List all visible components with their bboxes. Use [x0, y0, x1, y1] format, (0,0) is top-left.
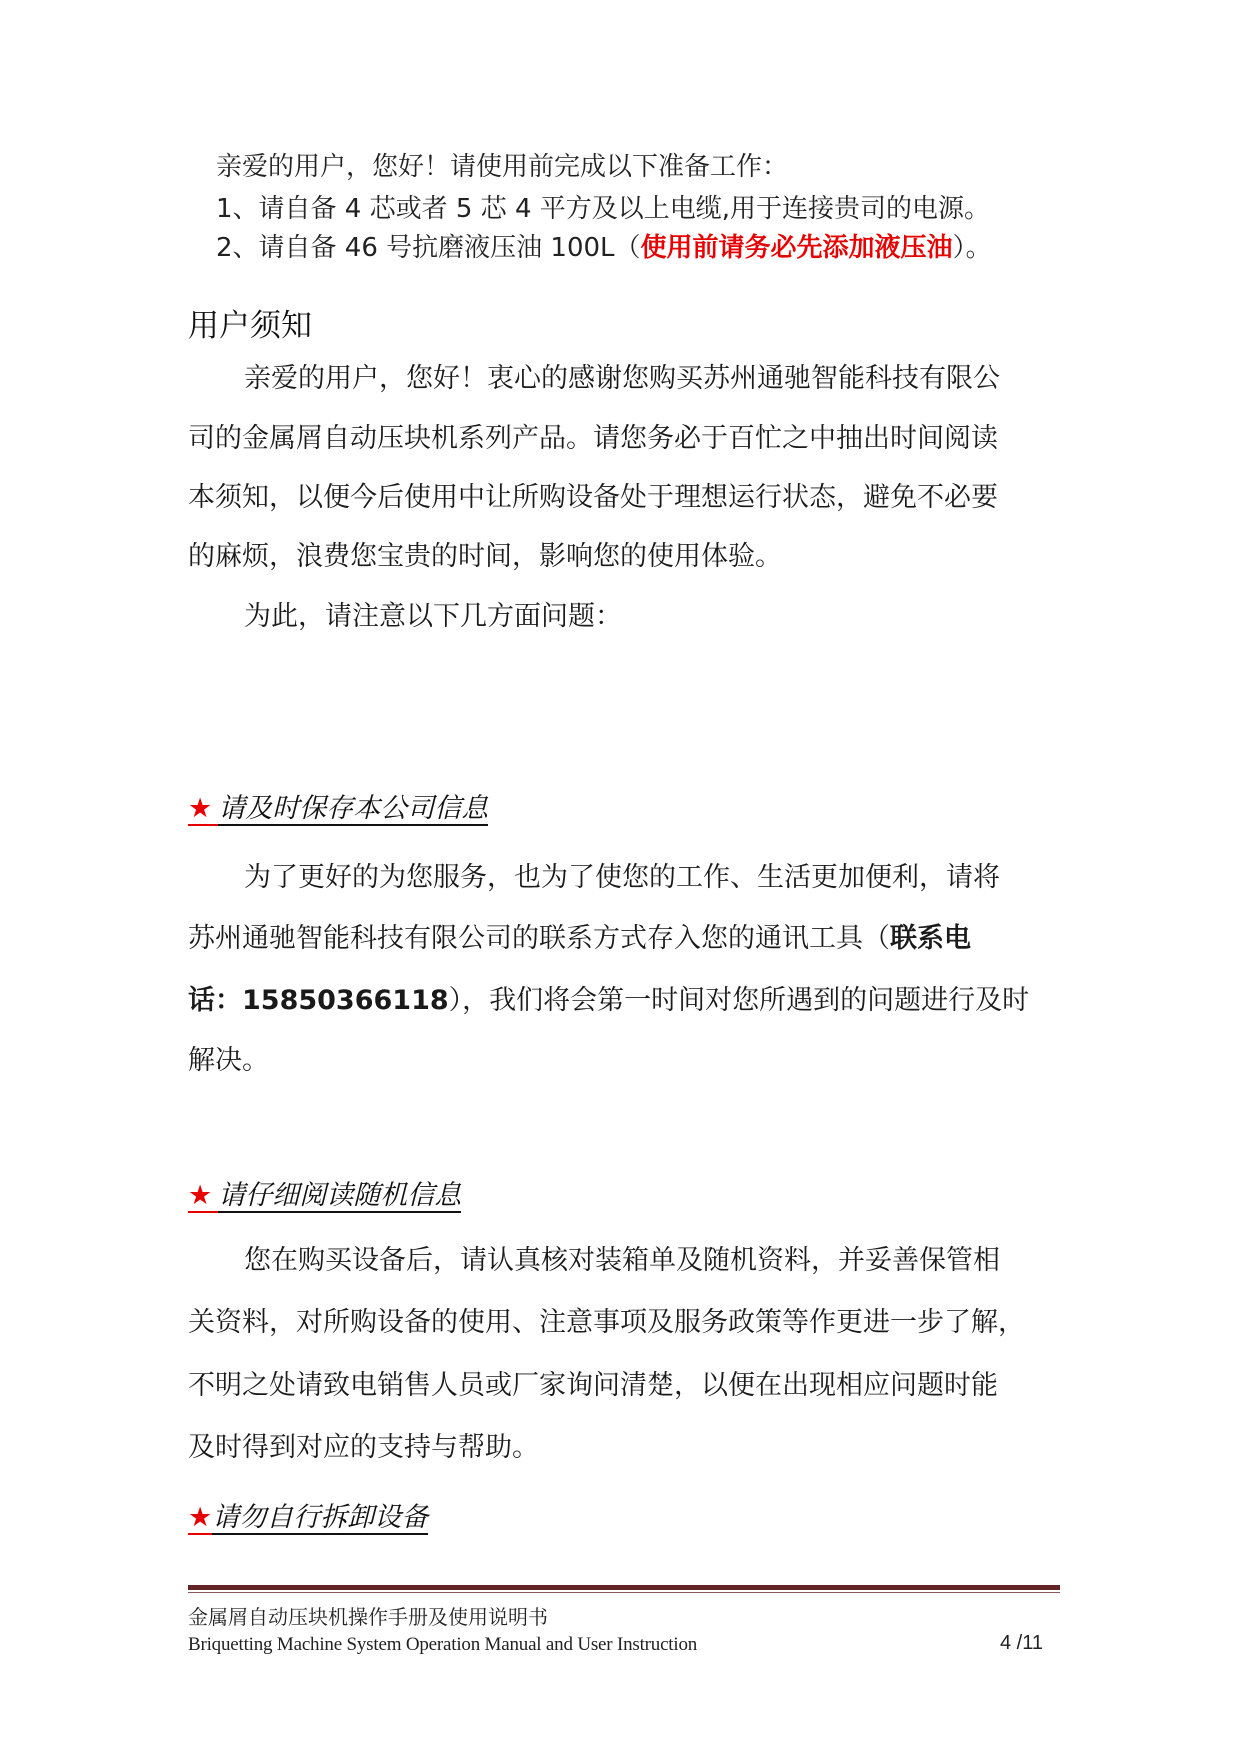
- prep-intro: 亲爱的用户，您好！请使用前完成以下准备工作：: [216, 148, 788, 186]
- notice-line: 及时得到对应的支持与帮助。: [188, 1425, 539, 1464]
- star-icon: ★: [188, 1503, 212, 1535]
- notice-line: 话：15850366118），我们将会第一时间对您所遇到的问题进行及时: [188, 978, 1029, 1017]
- footer-rule-thin: [188, 1592, 1060, 1593]
- notice-heading-text: 请仔细阅读随机信息: [218, 1181, 461, 1213]
- notice-line: 不明之处请致电销售人员或厂家询问清楚，以便在出现相应问题时能: [188, 1363, 998, 1402]
- intro-line: 的麻烦，浪费您宝贵的时间，影响您的使用体验。: [188, 534, 782, 573]
- star-icon: ★: [188, 1181, 218, 1213]
- star-icon: ★: [188, 794, 218, 826]
- notice-heading-text: 请勿自行拆卸设备: [212, 1503, 428, 1535]
- notice-line: 苏州通驰智能科技有限公司的联系方式存入您的通讯工具（联系电: [188, 916, 971, 955]
- prep-item-2: 2、请自备 46 号抗磨液压油 100L（使用前请务必先添加液压油）。: [216, 229, 992, 267]
- attention-line: 为此，请注意以下几方面问题：: [244, 594, 622, 633]
- document-page: 亲爱的用户，您好！请使用前完成以下准备工作： 1、请自备 4 芯或者 5 芯 4…: [0, 0, 1241, 1755]
- intro-line: 亲爱的用户，您好！衷心的感谢您购买苏州通驰智能科技有限公: [244, 356, 1000, 395]
- notice-heading-save-info: ★请及时保存本公司信息: [188, 793, 488, 826]
- notice-line: 关资料，对所购设备的使用、注意事项及服务政策等作更进一步了解，: [188, 1300, 1025, 1339]
- footer-title-en: Briquetting Machine System Operation Man…: [188, 1634, 697, 1656]
- notice-line: 为了更好的为您服务，也为了使您的工作、生活更加便利，请将: [244, 855, 1000, 894]
- notice-heading-read-docs: ★请仔细阅读随机信息: [188, 1180, 461, 1213]
- prep-item-2-suffix: ）。: [953, 233, 992, 263]
- notice-line-text: ），我们将会第一时间对您所遇到的问题进行及时: [449, 985, 1030, 1016]
- notice-line: 您在购买设备后，请认真核对装箱单及随机资料，并妥善保管相: [244, 1238, 1000, 1277]
- footer-rule: [188, 1585, 1060, 1590]
- contact-label: 联系电: [890, 923, 971, 954]
- intro-line: 本须知，以便今后使用中让所购设备处于理想运行状态，避免不必要: [188, 475, 998, 514]
- footer-title-cn: 金属屑自动压块机操作手册及使用说明书: [188, 1601, 548, 1630]
- notice-line-text: 苏州通驰智能科技有限公司的联系方式存入您的通讯工具（: [188, 923, 890, 954]
- notice-heading-no-disassembly: ★请勿自行拆卸设备: [188, 1502, 428, 1535]
- notice-line: 解决。: [188, 1038, 269, 1077]
- intro-line: 司的金属屑自动压块机系列产品。请您务必于百忙之中抽出时间阅读: [188, 416, 998, 455]
- section-title: 用户须知: [188, 300, 312, 345]
- page-number: 4 /11: [1000, 1632, 1043, 1655]
- prep-item-2-warning: 使用前请务必先添加液压油: [641, 233, 953, 263]
- contact-phone: 话：15850366118: [188, 985, 449, 1016]
- prep-item-2-prefix: 2、请自备 46 号抗磨液压油 100L（: [216, 233, 641, 263]
- prep-item-1: 1、请自备 4 芯或者 5 芯 4 平方及以上电缆,用于连接贵司的电源。: [216, 190, 990, 228]
- notice-heading-text: 请及时保存本公司信息: [218, 794, 488, 826]
